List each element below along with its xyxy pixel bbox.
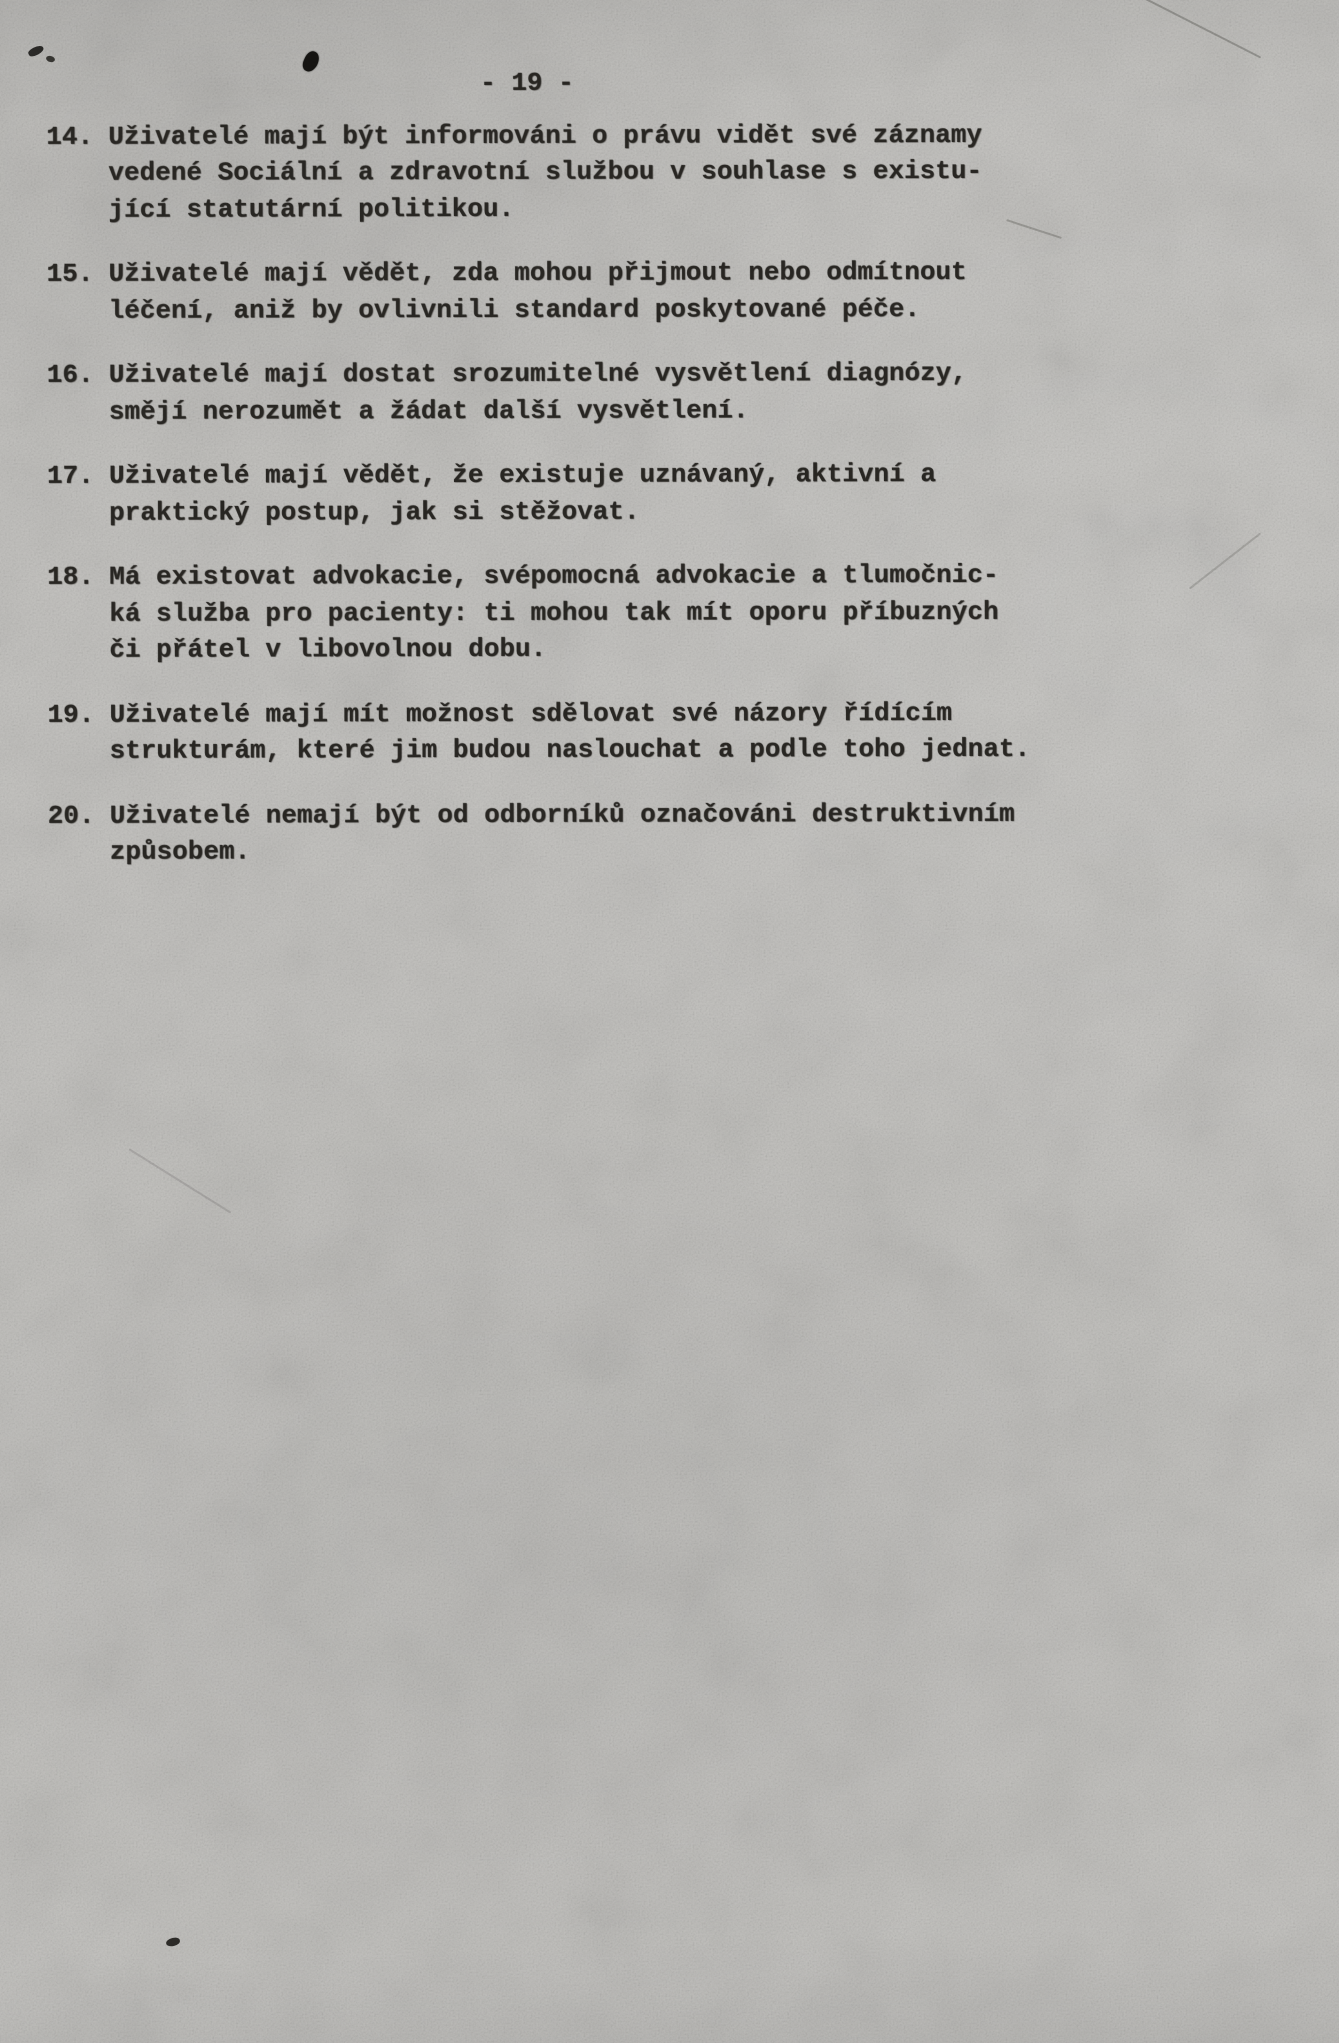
item-number: 15. [47,256,109,293]
list-item-15: 15. Uživatelé mají vědět, zda mohou přij… [47,253,1300,329]
item-text: Uživatelé mají dostat srozumitelné vysvě… [109,355,967,430]
list-item-18: 18. Má existovat advokacie, svépomocná a… [47,556,1300,668]
item-text: Uživatelé mají vědět, že existuje uznáva… [109,456,936,531]
item-text: Uživatelé nemají být od odborníků označo… [110,795,1015,870]
item-text: Má existovat advokacie, svépomocná advok… [109,557,999,668]
list-item-16: 16. Uživatelé mají dostat srozumitelné v… [47,354,1300,430]
item-text: Uživatelé mají mít možnost sdělovat své … [109,694,1030,769]
item-number: 18. [47,559,109,596]
list-item-20: 20. Uživatelé nemají být od odborníků oz… [48,795,1301,871]
list-item-14: 14. Uživatelé mají být informováni o prá… [46,116,1299,228]
item-text: Uživatelé mají vědět, zda mohou přijmout… [109,254,967,329]
item-number: 19. [47,696,109,733]
item-number: 20. [48,797,110,834]
list-item-19: 19. Uživatelé mají mít možnost sdělovat … [47,694,1300,770]
item-number: 16. [47,357,109,394]
scanned-document-page: - 19 - 14. Uživatelé mají být informován… [0,0,1339,2043]
ink-speck [165,1937,180,1948]
item-number: 14. [46,118,108,155]
item-text: Uživatelé mají být informováni o právu v… [108,116,982,227]
list-item-17: 17. Uživatelé mají vědět, že existuje uz… [47,455,1300,531]
typewritten-text-block: - 19 - 14. Uživatelé mají být informován… [0,0,1339,870]
numbered-list: 14. Uživatelé mají být informováni o prá… [46,116,1301,871]
item-number: 17. [47,458,109,495]
page-number: - 19 - [46,63,1299,102]
scan-scratch [129,1148,232,1213]
